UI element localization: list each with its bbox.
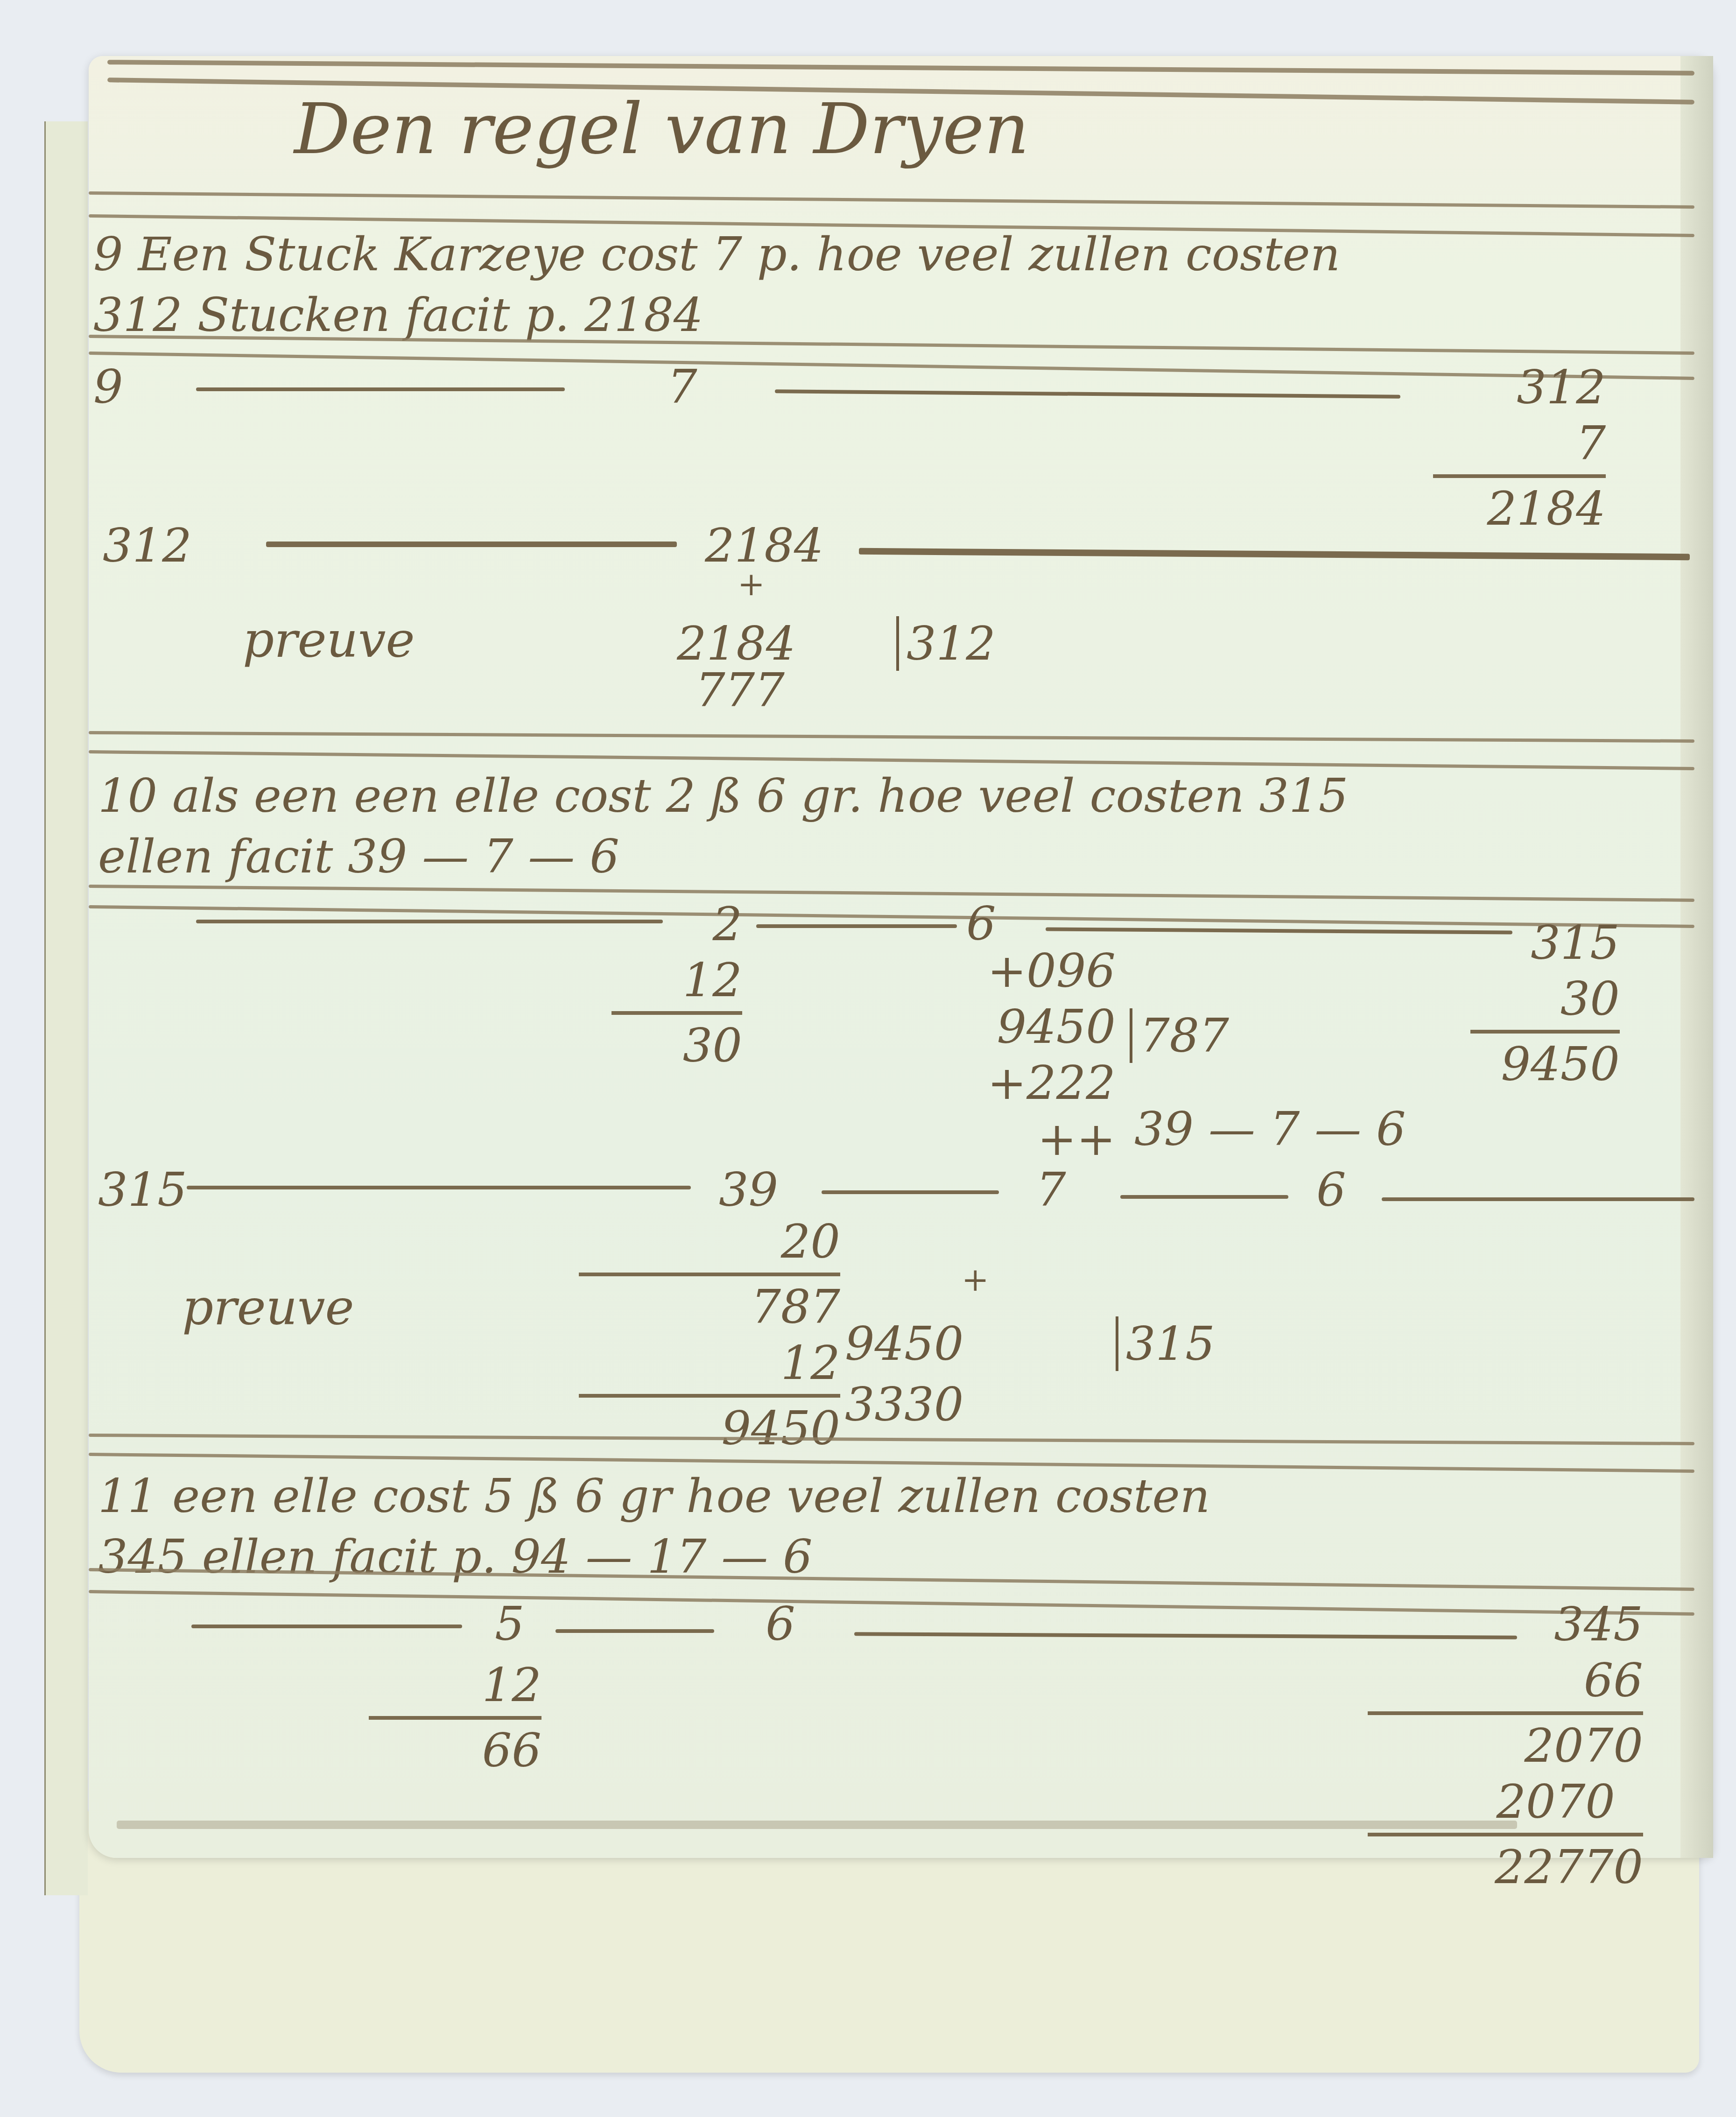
term-a: 5 [495, 1597, 525, 1651]
calc-rule [369, 1716, 541, 1720]
calc-result: 66 [482, 1723, 541, 1778]
proof-remainder: 3330 [845, 1377, 964, 1432]
problem-text-line1: een elle cost 5 ß 6 gr hoe veel zullen c… [172, 1469, 1210, 1523]
dash [266, 542, 677, 547]
calc-mult: 7 [1576, 416, 1606, 471]
term-d: 6 [1316, 1162, 1346, 1217]
side-multiplication: 312 7 2184 [1433, 359, 1606, 537]
calc-mult: 20 [781, 1214, 840, 1269]
quotient: 777 [696, 663, 785, 717]
calc-result: 9450 [722, 1401, 841, 1456]
dash [1046, 928, 1512, 935]
calc-top: 2 [712, 897, 742, 951]
divisor: 315 [1116, 1316, 1215, 1371]
calc-rule [1368, 1711, 1643, 1715]
left-multiplication: 12 66 [369, 1657, 541, 1779]
calc-top: 345 [1554, 1597, 1643, 1652]
calc-mult: 12 [482, 1658, 541, 1712]
dash [1382, 1197, 1694, 1201]
term-b: 39 [719, 1162, 778, 1217]
term-a: 9 [93, 359, 123, 414]
long-division: +096 9450 +222 ++ [929, 943, 1116, 1167]
calc-result: 30 [683, 1018, 742, 1073]
division-row: +096 [987, 943, 1116, 998]
rule [89, 731, 1694, 743]
dash [859, 548, 1690, 560]
dash [756, 924, 957, 928]
term-a: 312 [103, 518, 192, 573]
calc-mult: 30 [1560, 971, 1620, 1026]
calc-rule [611, 1011, 742, 1015]
division-row: ++ [1037, 1111, 1116, 1166]
division-row: +222 [987, 1055, 1116, 1110]
dash [191, 1625, 462, 1628]
dash [196, 387, 565, 391]
calc-result: 9450 [1501, 1037, 1620, 1091]
quotient: 39 — 7 — 6 [1134, 1102, 1406, 1156]
term-b: 7 [668, 359, 697, 414]
side-multiplication: 315 30 9450 [1470, 915, 1620, 1092]
term-b: 6 [766, 1597, 795, 1651]
divisor: 787 [1130, 1008, 1229, 1063]
dash [187, 1186, 691, 1189]
calc-top: 315 [1531, 915, 1620, 970]
left-multiplication: 2 12 30 [611, 896, 742, 1074]
calc-result: 2184 [1487, 481, 1606, 536]
calc-rule [579, 1394, 840, 1398]
problem-number: 9 [93, 227, 123, 281]
plus-sign: + [962, 1260, 989, 1299]
dash [1120, 1195, 1288, 1199]
dash [775, 389, 1400, 399]
side-multiplication: 345 66 2070 2070 22770 [1368, 1597, 1643, 1895]
term-c: 7 [1036, 1162, 1066, 1217]
term-a: 315 [98, 1162, 187, 1217]
dash [822, 1190, 999, 1194]
dash [196, 920, 663, 923]
calc-top: 312 [1517, 360, 1606, 415]
proof-multiplication: 20 787 12 9450 [579, 1214, 840, 1456]
plus-sign: + [738, 565, 765, 603]
calc-result: 22770 [1495, 1840, 1643, 1894]
header-rule-1 [107, 60, 1694, 76]
problem-text-line1: Een Stuck Karzeye cost 7 p. hoe veel zul… [138, 227, 1340, 281]
calc-rule [579, 1273, 840, 1276]
proof-label: preuve [243, 612, 415, 668]
calc-partial: 2070 [1525, 1718, 1644, 1773]
dash [555, 1629, 714, 1633]
problem-9-statement: 9 Een Stuck Karzeye cost 7 p. hoe veel z… [93, 224, 1340, 345]
problem-number: 10 [98, 768, 157, 823]
problem-text-line1: als een een elle cost 2 ß 6 gr. hoe veel… [172, 768, 1348, 823]
problem-10-statement: 10 als een een elle cost 2 ß 6 gr. hoe v… [98, 766, 1348, 887]
problem-number: 11 [98, 1469, 157, 1523]
manuscript-page: Den regel van Dryen 9 Een Stuck Karzeye … [89, 56, 1713, 1858]
calc-rule [1470, 1030, 1620, 1034]
rule [89, 191, 1694, 209]
rule [89, 1434, 1694, 1445]
calc-rule [1368, 1833, 1643, 1836]
calc-result: 787 [751, 1280, 840, 1334]
calc-rule [1433, 474, 1606, 478]
page-edge-left [44, 121, 88, 1895]
calc-mult: 12 [683, 953, 742, 1007]
divisor: 312 [896, 616, 996, 671]
dividend: 9450 [845, 1316, 964, 1371]
division-row: 9450 [997, 999, 1116, 1054]
proof-label: preuve [182, 1279, 354, 1336]
faded-rule [117, 1821, 1517, 1829]
page-title: Den regel van Dryen [294, 89, 1029, 170]
problem-11-statement: 11 een elle cost 5 ß 6 gr hoe veel zulle… [98, 1466, 1210, 1587]
calc-mult: 12 [781, 1336, 840, 1390]
problem-text-line2: 312 Stucken facit p. 2184 [93, 288, 703, 342]
calc-mult: 66 [1584, 1653, 1643, 1708]
problem-text-line2: ellen facit 39 — 7 — 6 [98, 829, 619, 884]
rule [89, 885, 1694, 902]
